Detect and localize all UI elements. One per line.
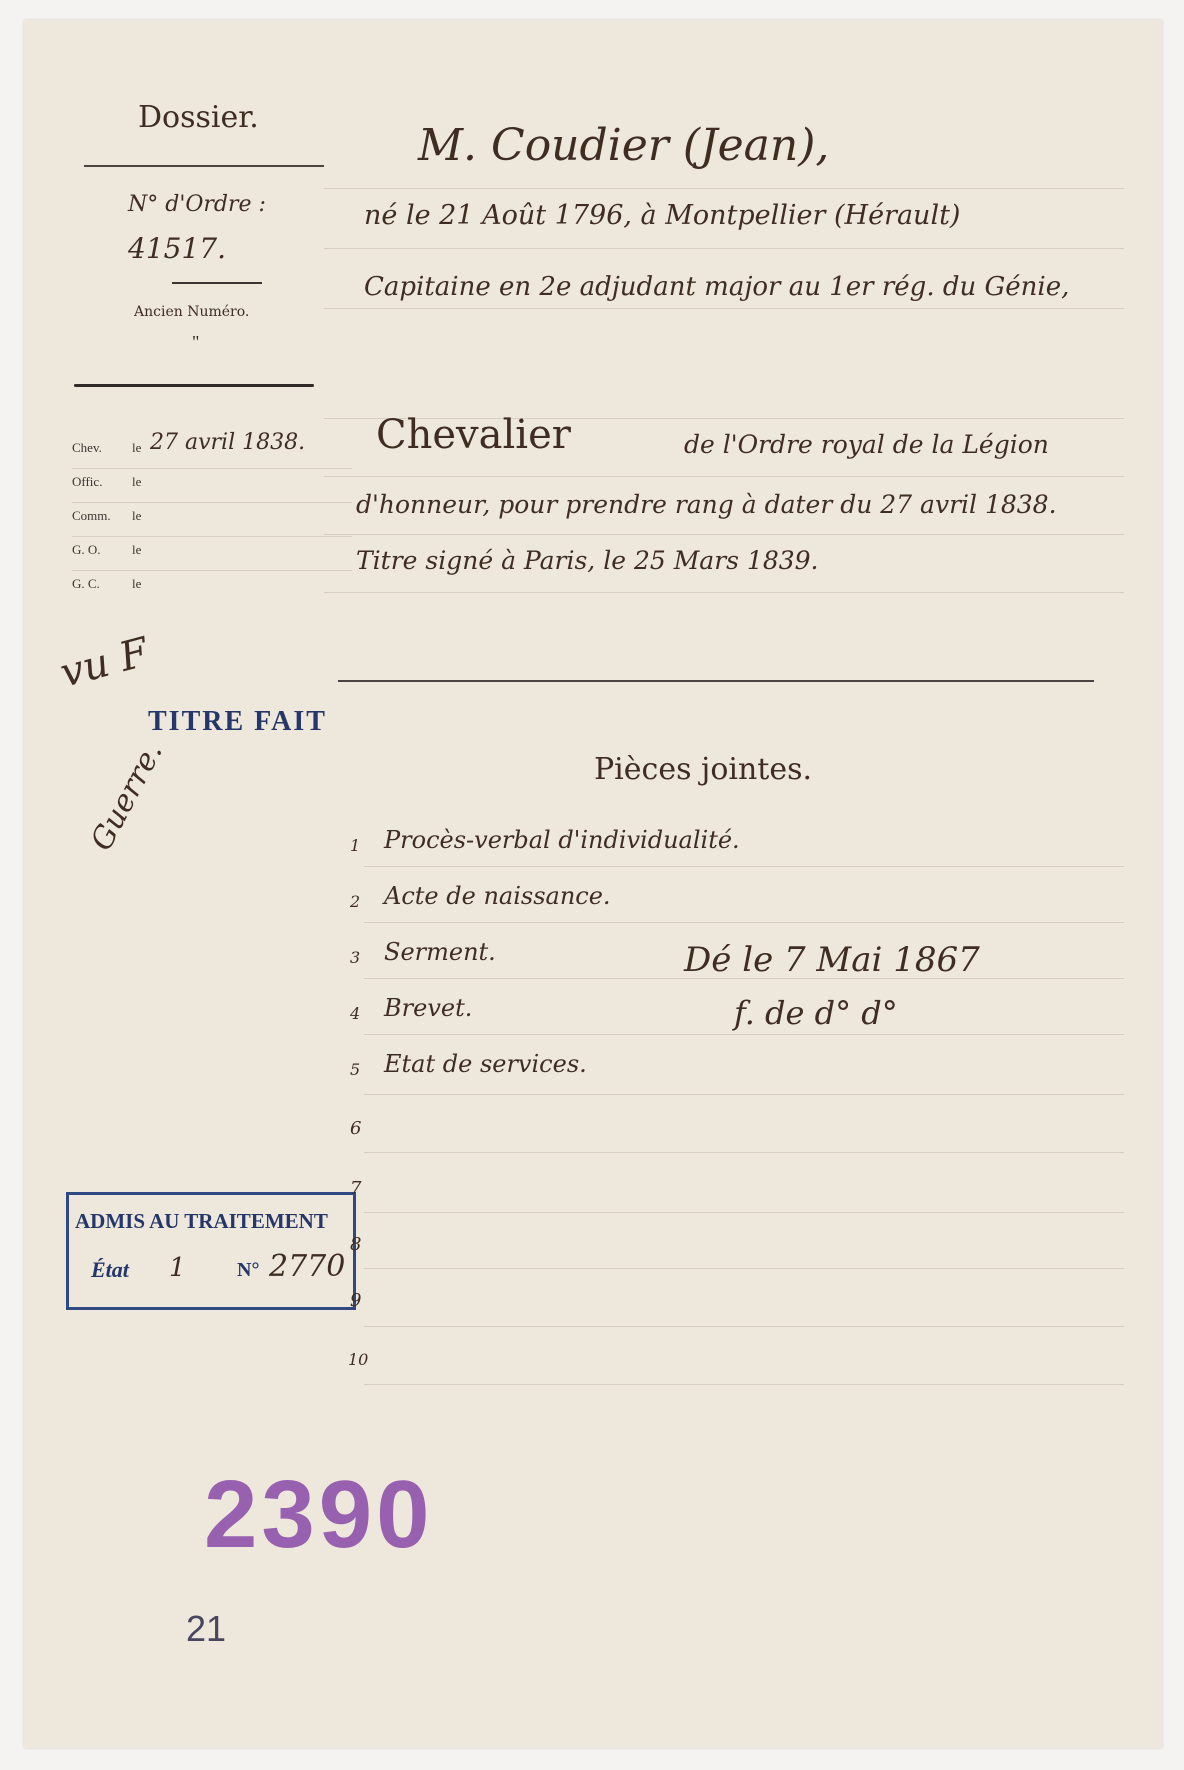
ruled-line: [364, 1384, 1124, 1385]
ruled-line: [364, 866, 1124, 867]
piece-number: 9: [350, 1290, 361, 1311]
award-line3: Titre signé à Paris, le 25 Mars 1839.: [356, 546, 819, 575]
ruled-line: [72, 502, 352, 503]
ornament-divider: [172, 282, 262, 284]
piece-number: 10: [348, 1350, 368, 1369]
piece-text: Etat de services.: [384, 1050, 587, 1078]
ruled-line: [72, 570, 352, 571]
piece-number: 7: [350, 1178, 361, 1199]
admis-stamp-title: ADMIS AU TRAITEMENT: [75, 1209, 328, 1234]
admis-etat-value: 1: [169, 1253, 186, 1283]
ruled-line: [324, 248, 1124, 249]
ruled-line: [324, 188, 1124, 189]
rank-info: Capitaine en 2e adjudant major au 1er ré…: [364, 272, 1069, 302]
section-divider: [74, 384, 314, 387]
award-grade: Chevalier: [376, 412, 571, 458]
ruled-line: [72, 468, 352, 469]
admis-etat-label: État: [91, 1257, 129, 1283]
purple-number-stamp: 2390: [204, 1460, 434, 1570]
pencil-number: 21: [186, 1608, 226, 1650]
grade-le: le: [132, 508, 141, 524]
ruled-line: [364, 1152, 1124, 1153]
grade-le: le: [132, 440, 141, 456]
piece-number: 2: [350, 892, 360, 911]
piece-text: Serment.: [384, 938, 496, 966]
piece-number: 1: [350, 836, 360, 855]
marginal-note-guerre: Guerre.: [84, 737, 170, 857]
old-number-label: Ancien Numéro.: [134, 304, 249, 320]
dossier-heading: Dossier.: [138, 100, 259, 135]
ruled-line: [364, 1268, 1124, 1269]
heading-divider: [84, 165, 324, 167]
ruled-line: [364, 1326, 1124, 1327]
delivery-annotation: Dé le 7 Mai 1867: [684, 940, 980, 980]
marginal-vu-mark: vu F: [56, 629, 154, 696]
grade-label-comm: Comm.: [72, 508, 111, 524]
document-page: Dossier. N° d'Ordre : 41517. Ancien Numé…: [24, 20, 1162, 1748]
ruled-line: [364, 1034, 1124, 1035]
admis-no-label: N°: [237, 1259, 259, 1282]
ruled-line: [364, 1212, 1124, 1213]
piece-number: 6: [350, 1118, 361, 1139]
section-divider: [338, 680, 1094, 682]
grade-date-chev: 27 avril 1838.: [150, 430, 305, 455]
grade-label-offic: Offic.: [72, 474, 102, 490]
grade-le: le: [132, 542, 141, 558]
grade-le: le: [132, 576, 141, 592]
piece-number: 5: [350, 1060, 360, 1079]
admis-stamp: ADMIS AU TRAITEMENT État 1 N° 2770: [66, 1192, 356, 1310]
ruled-line: [324, 476, 1124, 477]
pieces-title: Pièces jointes.: [594, 752, 812, 787]
delivery-annotation-sub: f. de d° d°: [734, 994, 898, 1032]
ruled-line: [72, 536, 352, 537]
piece-text: Brevet.: [384, 994, 472, 1022]
old-number-value: ": [192, 332, 199, 353]
piece-number: 3: [350, 948, 360, 967]
piece-number: 8: [350, 1234, 361, 1255]
ruled-line: [324, 592, 1124, 593]
grade-label-chev: Chev.: [72, 440, 102, 456]
admis-no-value: 2770: [269, 1249, 345, 1284]
award-line2: d'honneur, pour prendre rang à dater du …: [356, 490, 1057, 519]
grade-label-go: G. O.: [72, 542, 101, 558]
piece-text: Procès-verbal d'individualité.: [384, 826, 740, 854]
piece-number: 4: [350, 1004, 360, 1023]
ruled-line: [364, 922, 1124, 923]
ruled-line: [364, 1094, 1124, 1095]
award-line1: de l'Ordre royal de la Légion: [684, 430, 1049, 459]
person-name: M. Coudier (Jean),: [418, 120, 829, 171]
birth-info: né le 21 Août 1796, à Montpellier (Hérau…: [364, 200, 960, 231]
ruled-line: [324, 534, 1124, 535]
grade-label-gc: G. C.: [72, 576, 100, 592]
order-label: N° d'Ordre :: [128, 192, 266, 217]
ruled-line: [324, 308, 1124, 309]
grade-le: le: [132, 474, 141, 490]
order-number: 41517.: [128, 232, 226, 265]
piece-text: Acte de naissance.: [384, 882, 611, 910]
titre-fait-stamp: TITRE FAIT: [148, 706, 327, 738]
